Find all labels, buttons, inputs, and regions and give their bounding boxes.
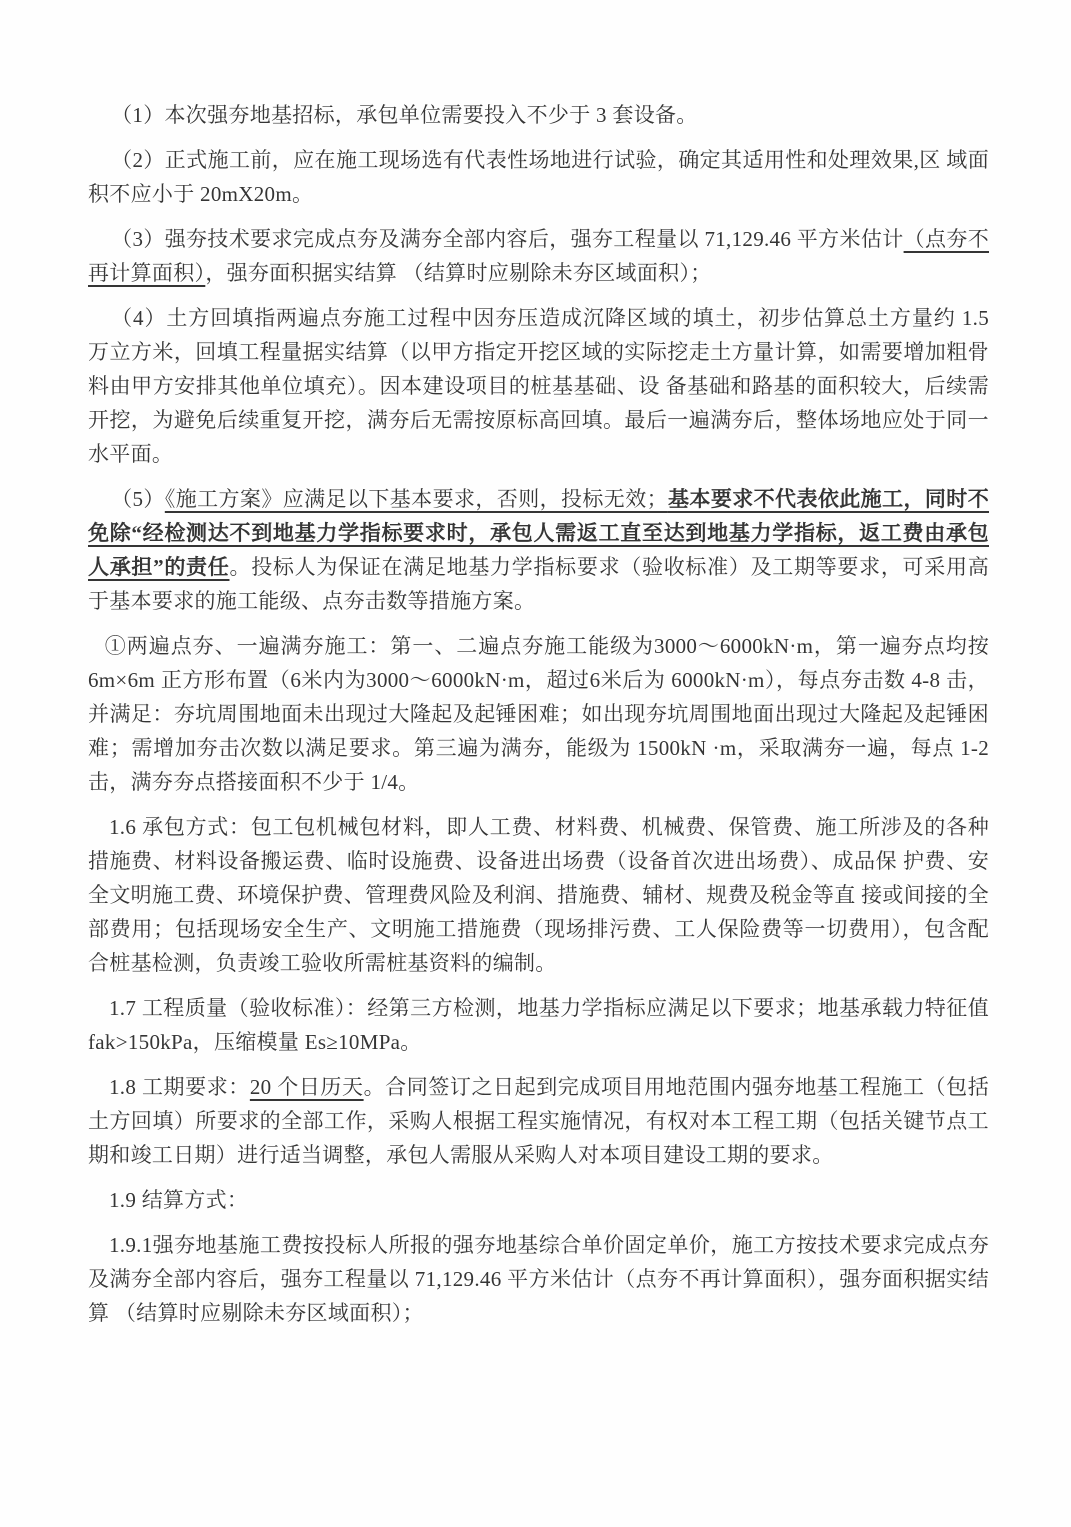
section-1-9-1: 1.9.1强夯地基施工费按投标人所报的强夯地基综合单价固定单价，施工方按技术要求…	[88, 1228, 989, 1330]
emphasized-text: 《施工方案》应满足以下基本要求，否则，投标无效；	[165, 487, 668, 511]
text-run: ，强夯面积据实结算 （结算时应剔除未夯区域面积）；	[205, 261, 711, 285]
emphasized-text: 20 个日历天	[250, 1075, 364, 1099]
item-5: （5）《施工方案》应满足以下基本要求，否则，投标无效；基本要求不代表依此施工，同…	[88, 482, 989, 618]
text-run: 1.8 工期要求：	[109, 1075, 250, 1099]
item-1: （1）本次强夯地基招标，承包单位需要投入不少于 3 套设备。	[88, 98, 989, 132]
item-circle-1: ①两遍点夯、一遍满夯施工：第一、二遍点夯施工能级为3000～6000kN·m，第…	[88, 629, 989, 799]
text-run: （1）本次强夯地基招标，承包单位需要投入不少于 3 套设备。	[111, 103, 698, 127]
item-2: （2）正式施工前，应在施工现场选有代表性场地进行试验，确定其适用性和处理效果,区…	[88, 143, 989, 211]
text-run: ①两遍点夯、一遍满夯施工：第一、二遍点夯施工能级为3000～6000kN·m，第…	[88, 634, 989, 794]
document-body: （1）本次强夯地基招标，承包单位需要投入不少于 3 套设备。（2）正式施工前，应…	[88, 98, 989, 1341]
text-run: 1.6 承包方式：包工包机械包材料，即人工费、材料费、机械费、保管费、施工所涉及…	[88, 815, 989, 975]
section-1-7: 1.7 工程质量（验收标准）：经第三方检测，地基力学指标应满足以下要求；地基承载…	[88, 991, 989, 1059]
document-page: （1）本次强夯地基招标，承包单位需要投入不少于 3 套设备。（2）正式施工前，应…	[0, 0, 1071, 1527]
text-run: （2）正式施工前，应在施工现场选有代表性场地进行试验，确定其适用性和处理效果,区…	[88, 148, 989, 206]
text-run: 1.9 结算方式：	[109, 1188, 248, 1212]
text-run: （3）强夯技术要求完成点夯及满夯全部内容后，强夯工程量以 71,129.46 平…	[111, 227, 904, 251]
text-run: 1.9.1强夯地基施工费按投标人所报的强夯地基综合单价固定单价，施工方按技术要求…	[88, 1233, 989, 1325]
section-1-9: 1.9 结算方式：	[88, 1183, 989, 1217]
item-3: （3）强夯技术要求完成点夯及满夯全部内容后，强夯工程量以 71,129.46 平…	[88, 222, 989, 290]
text-run: （4）土方回填指两遍点夯施工过程中因夯压造成沉降区域的填土，初步估算总土方量约 …	[88, 306, 989, 466]
section-1-8: 1.8 工期要求：20 个日历天。合同签订之日起到完成项目用地范围内强夯地基工程…	[88, 1070, 989, 1172]
section-1-6: 1.6 承包方式：包工包机械包材料，即人工费、材料费、机械费、保管费、施工所涉及…	[88, 810, 989, 980]
text-run: （5）	[111, 487, 165, 511]
text-run: 1.7 工程质量（验收标准）：经第三方检测，地基力学指标应满足以下要求；地基承载…	[88, 996, 989, 1054]
item-4: （4）土方回填指两遍点夯施工过程中因夯压造成沉降区域的填土，初步估算总土方量约 …	[88, 301, 989, 471]
